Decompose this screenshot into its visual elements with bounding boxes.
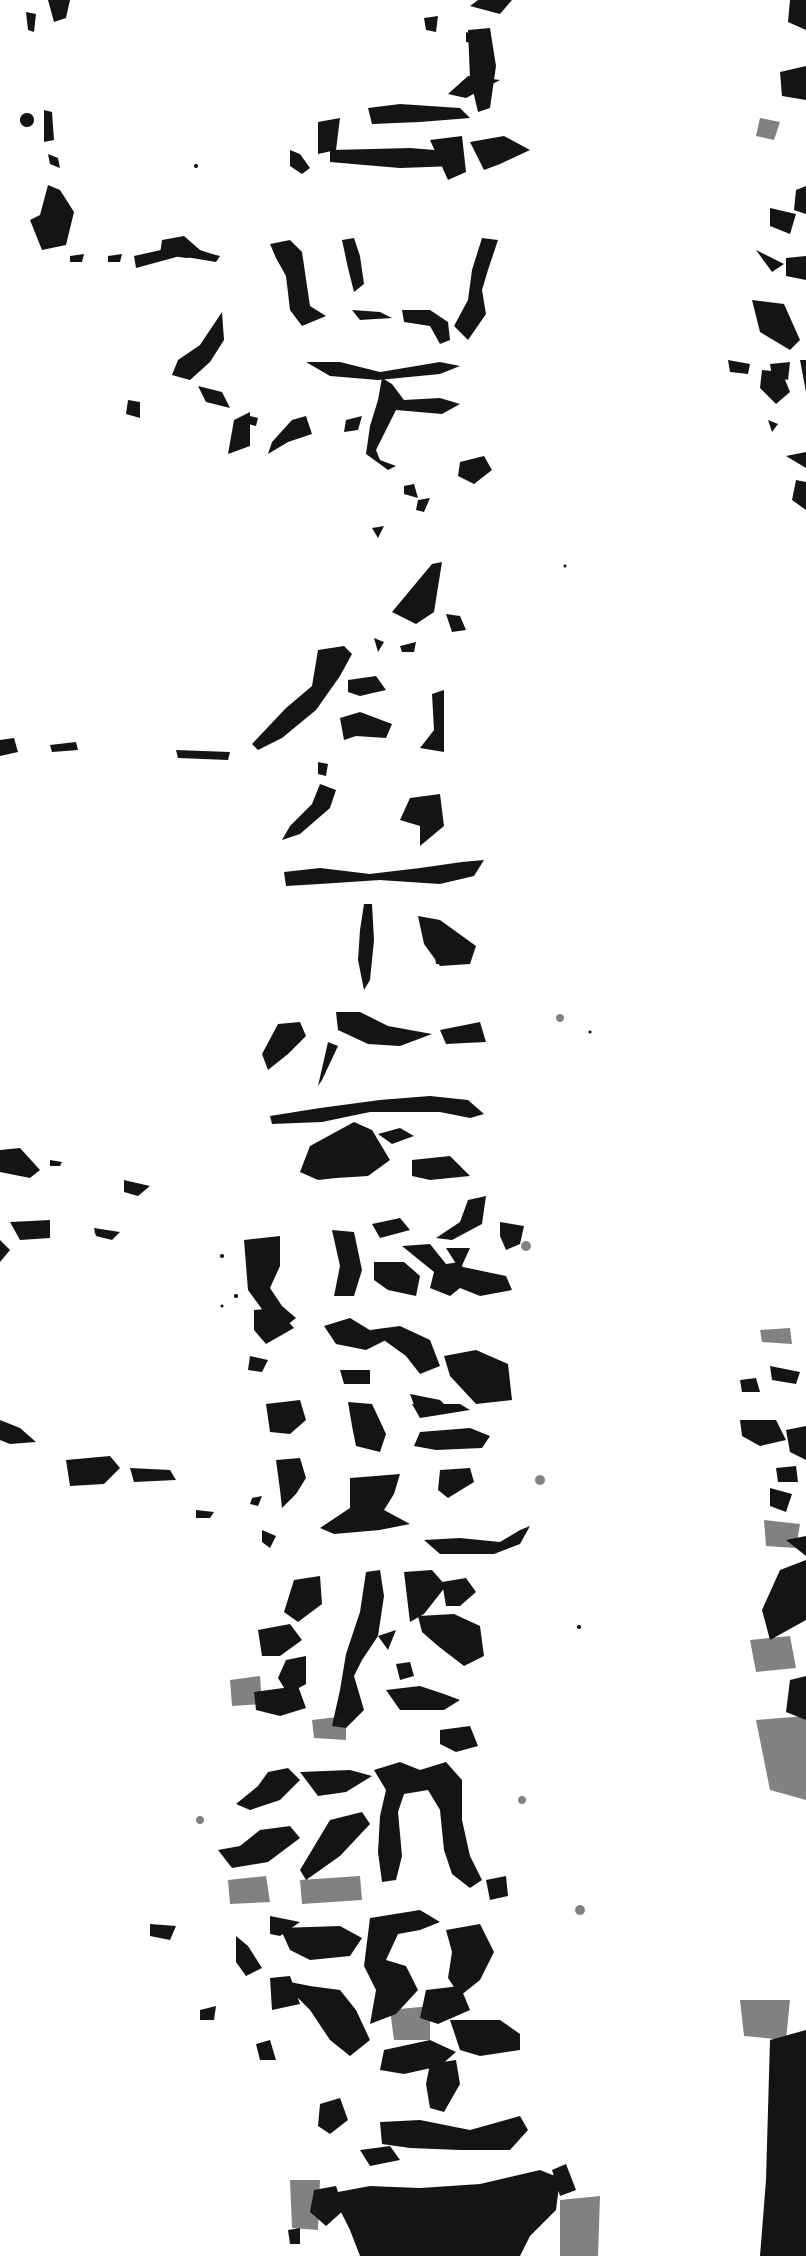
character-9-liu bbox=[150, 1762, 520, 2074]
left-column-fragments bbox=[0, 0, 250, 1518]
character-7-feng bbox=[250, 1400, 530, 1554]
manuscript-scan bbox=[0, 0, 806, 2256]
right-column-fragments bbox=[728, 0, 806, 2256]
paper-noise bbox=[95, 164, 592, 1915]
character-2-shu bbox=[252, 498, 466, 846]
character-6-jian bbox=[244, 1196, 524, 1410]
character-10-gai bbox=[288, 2060, 600, 2256]
character-0-ju bbox=[290, 0, 530, 180]
character-5-kong bbox=[262, 950, 486, 1180]
character-3-yi bbox=[284, 860, 484, 886]
character-1-wu bbox=[160, 236, 498, 498]
character-8-pu bbox=[230, 1570, 484, 1752]
character-4-bu bbox=[358, 904, 476, 990]
